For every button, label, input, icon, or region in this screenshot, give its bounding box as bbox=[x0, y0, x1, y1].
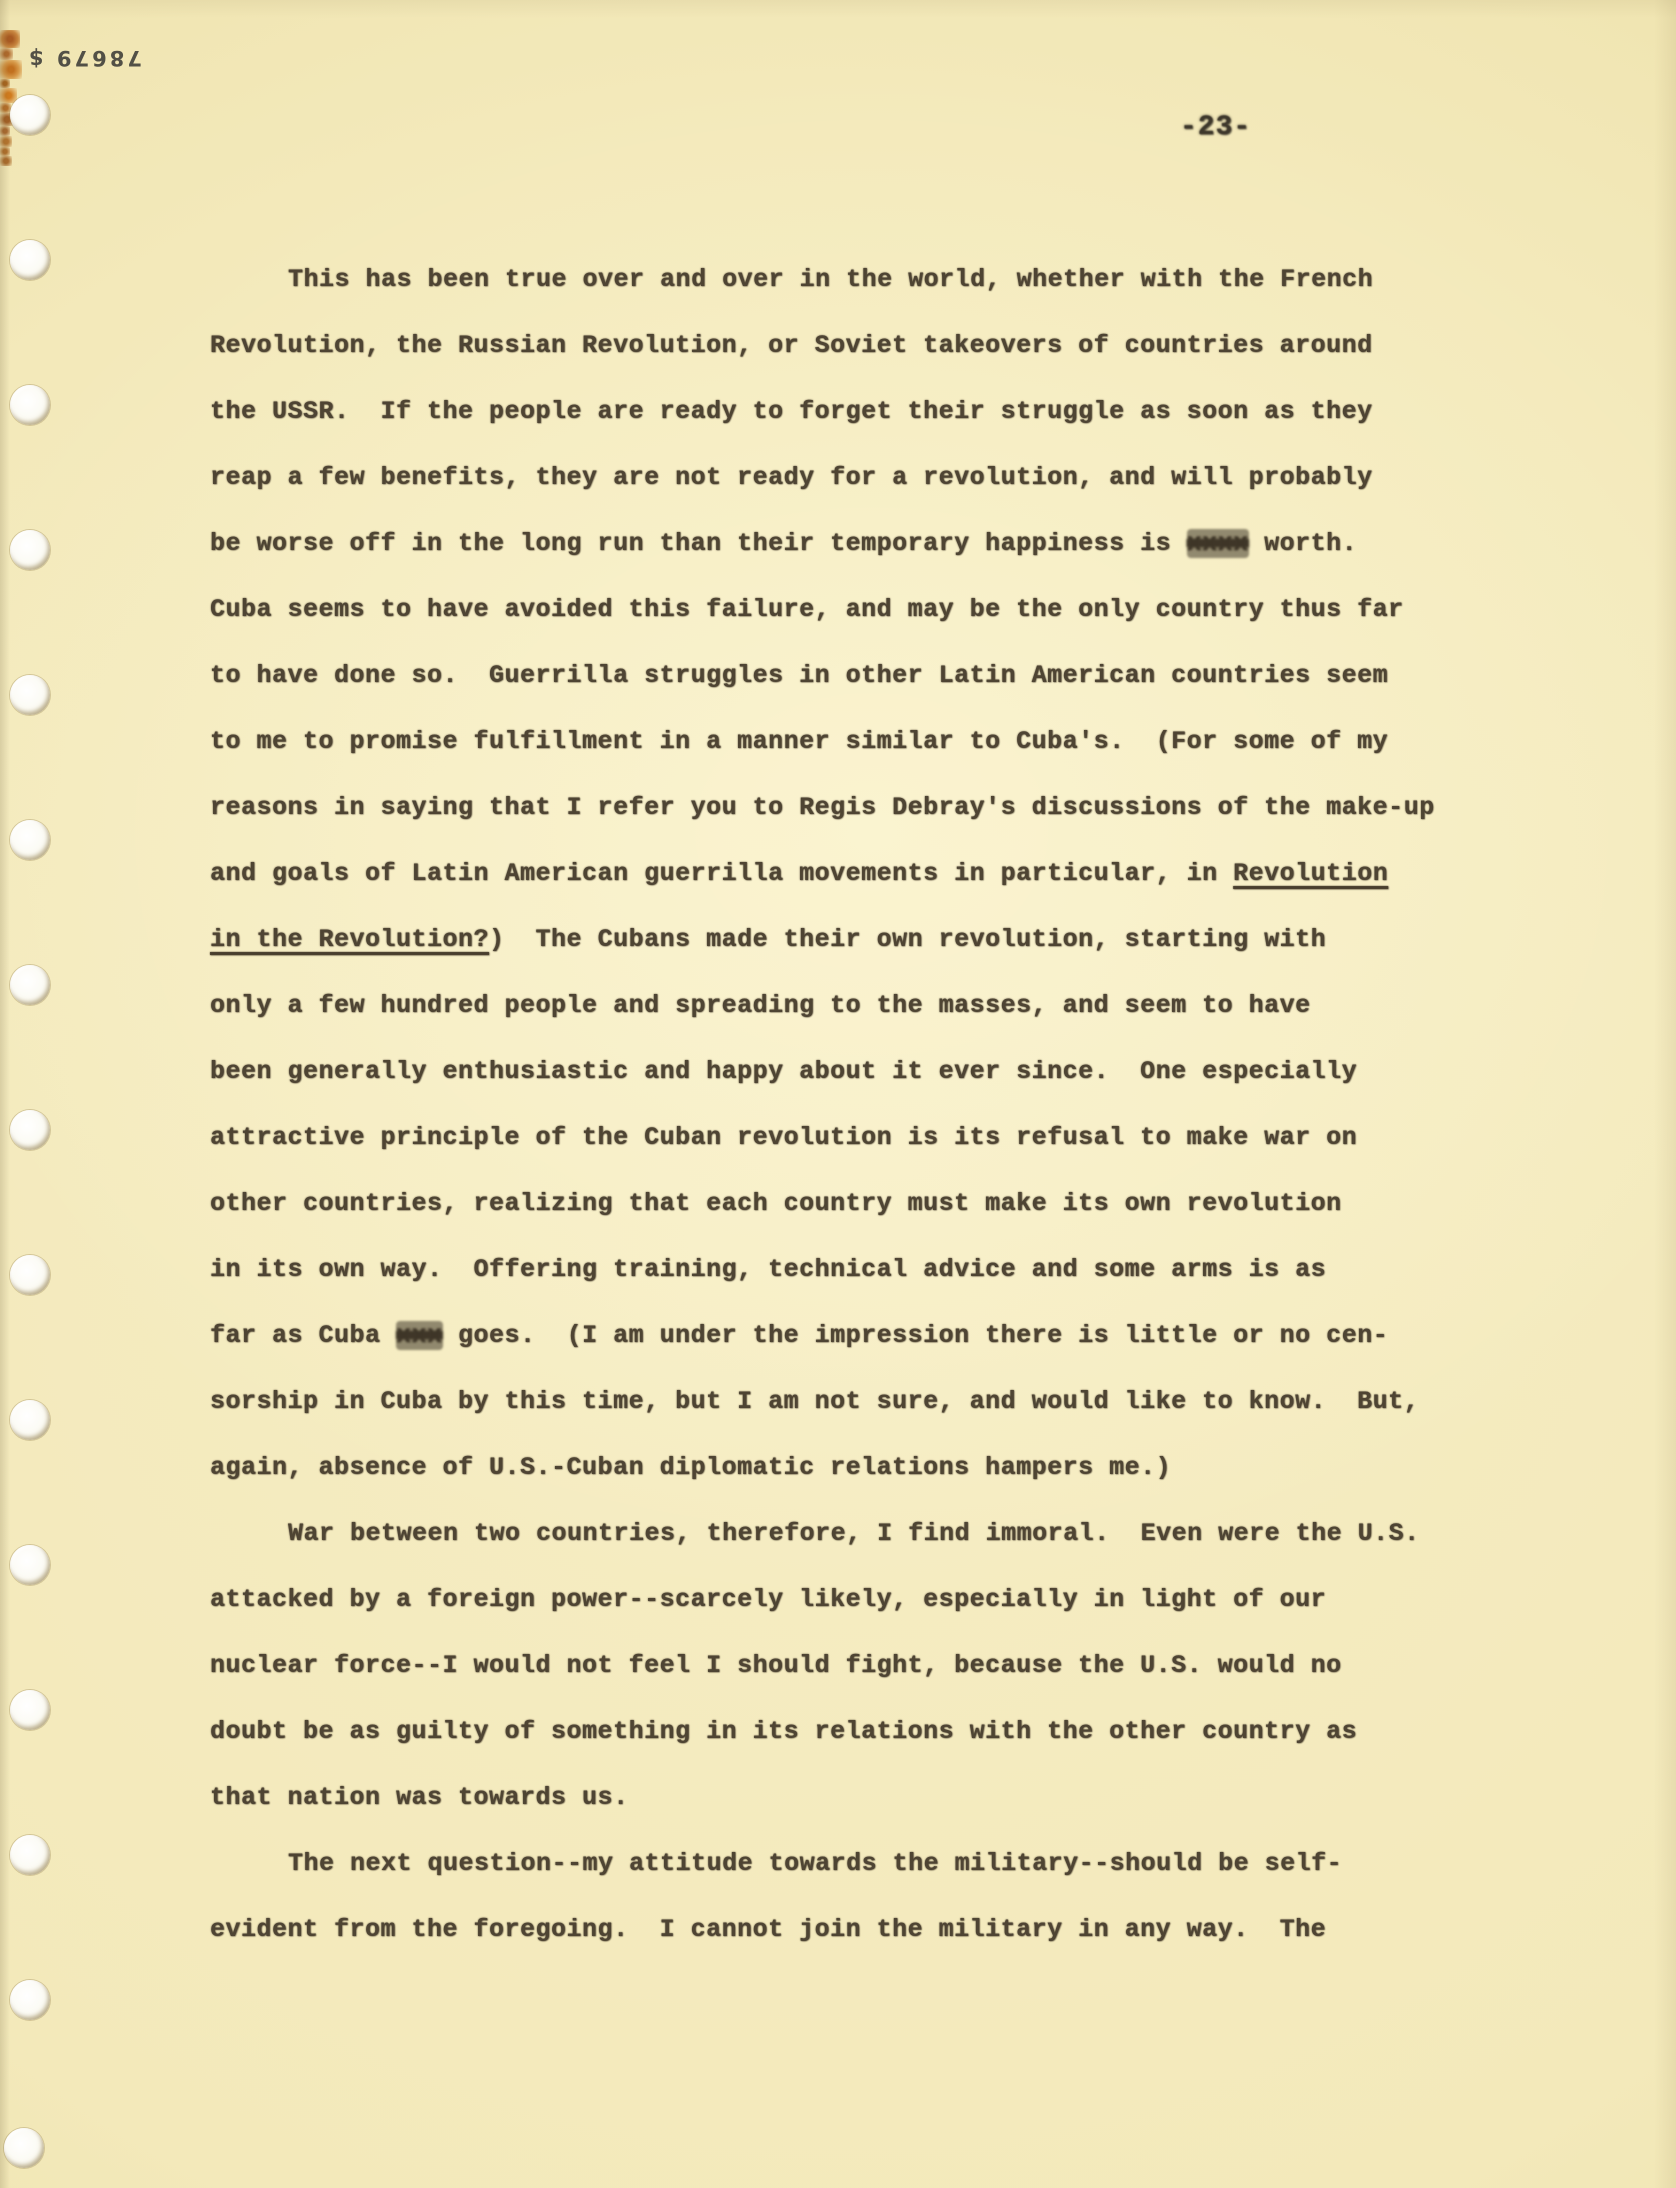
document-line: attractive principle of the Cuban revolu… bbox=[210, 1105, 1540, 1171]
stamp-number: 78679 bbox=[54, 46, 142, 70]
text-segment: the USSR. If the people are ready to for… bbox=[210, 397, 1373, 426]
document-line: be worse off in the long run than their … bbox=[210, 511, 1540, 577]
punch-hole-right bbox=[1634, 765, 1662, 797]
document-line: reasons in saying that I refer you to Re… bbox=[210, 775, 1540, 841]
punch-hole-right bbox=[1634, 1345, 1662, 1377]
punch-hole-right bbox=[1634, 1780, 1662, 1812]
text-segment: The next question--my attitude towards t… bbox=[288, 1849, 1342, 1878]
stain bbox=[0, 126, 10, 136]
text-segment: to me to promise fulfillment in a manner… bbox=[210, 727, 1388, 756]
stain bbox=[0, 136, 12, 147]
catalog-stamp: 78679 $ bbox=[26, 46, 142, 70]
document-line: evident from the foregoing. I cannot joi… bbox=[210, 1897, 1540, 1963]
document-line: only a few hundred people and spreading … bbox=[210, 973, 1540, 1039]
punch-hole-left bbox=[10, 1400, 50, 1440]
punch-hole-right bbox=[1634, 1635, 1662, 1667]
punch-hole-right bbox=[1634, 2070, 1662, 2102]
red-stamp-remnant bbox=[0, 15, 88, 30]
document-line: and goals of Latin American guerrilla mo… bbox=[210, 841, 1540, 907]
punch-hole-right bbox=[1634, 475, 1662, 507]
document-line: in its own way. Offering training, techn… bbox=[210, 1237, 1540, 1303]
text-segment: doubt be as guilty of something in its r… bbox=[210, 1717, 1357, 1746]
stain bbox=[0, 156, 12, 166]
punch-hole-left bbox=[10, 1690, 50, 1730]
document-line: attacked by a foreign power--scarcely li… bbox=[210, 1567, 1540, 1633]
text-segment: attractive principle of the Cuban revolu… bbox=[210, 1123, 1357, 1152]
punch-hole-left bbox=[10, 1835, 50, 1875]
punch-hole-left bbox=[4, 2128, 44, 2168]
page-number: -23- bbox=[1180, 112, 1251, 143]
document-line: other countries, realizing that each cou… bbox=[210, 1171, 1540, 1237]
punch-hole-left bbox=[10, 675, 50, 715]
paper-crease bbox=[0, 171, 43, 492]
document-line: War between two countries, therefore, I … bbox=[210, 1501, 1540, 1567]
document-line: that nation was towards us. bbox=[210, 1765, 1540, 1831]
underlined-book-title: in the Revolution? bbox=[210, 925, 489, 954]
document-line: This has been true over and over in the … bbox=[210, 247, 1540, 313]
text-segment: be worse off in the long run than their … bbox=[210, 529, 1187, 558]
punch-hole-left bbox=[10, 1545, 50, 1585]
punch-hole-left bbox=[10, 1110, 50, 1150]
punch-hole-right bbox=[1634, 40, 1662, 72]
document-line: sorship in Cuba by this time, but I am n… bbox=[210, 1369, 1540, 1435]
text-segment: attacked by a foreign power--scarcely li… bbox=[210, 1585, 1326, 1614]
text-segment: worth. bbox=[1249, 529, 1358, 558]
text-segment: nuclear force--I would not feel I should… bbox=[210, 1651, 1342, 1680]
punch-hole-right bbox=[1634, 1200, 1662, 1232]
text-segment: far as Cuba bbox=[210, 1321, 396, 1350]
document-line: doubt be as guilty of something in its r… bbox=[210, 1699, 1540, 1765]
document-line: in the Revolution?) The Cubans made thei… bbox=[210, 907, 1540, 973]
text-segment: sorship in Cuba by this time, but I am n… bbox=[210, 1387, 1419, 1416]
stamp-symbol: $ bbox=[26, 46, 44, 70]
punch-hole-left bbox=[10, 240, 50, 280]
stain bbox=[0, 30, 20, 48]
red-stamp-remnant bbox=[0, 0, 74, 15]
document-line: far as Cuba xxx goes. (I am under the im… bbox=[210, 1303, 1540, 1369]
punch-hole-right bbox=[1634, 910, 1662, 942]
punch-hole-right bbox=[1634, 1925, 1662, 1957]
punch-hole-left bbox=[10, 820, 50, 860]
document-line: the USSR. If the people are ready to for… bbox=[210, 379, 1540, 445]
punch-hole-right bbox=[1634, 330, 1662, 362]
document-line: Cuba seems to have avoided this failure,… bbox=[210, 577, 1540, 643]
punch-hole-left bbox=[10, 1980, 50, 2020]
punch-hole-left bbox=[10, 385, 50, 425]
document-line: reap a few benefits, they are not ready … bbox=[210, 445, 1540, 511]
text-segment: and goals of Latin American guerrilla mo… bbox=[210, 859, 1233, 888]
text-segment: goes. (I am under the impression there i… bbox=[443, 1321, 1389, 1350]
text-segment: Revolution, the Russian Revolution, or S… bbox=[210, 331, 1373, 360]
text-segment: other countries, realizing that each cou… bbox=[210, 1189, 1342, 1218]
text-segment: Cuba seems to have avoided this failure,… bbox=[210, 595, 1404, 624]
document-line: to have done so. Guerrilla struggles in … bbox=[210, 643, 1540, 709]
punch-hole-right bbox=[1634, 620, 1662, 652]
document-text: This has been true over and over in the … bbox=[210, 247, 1540, 1963]
stain bbox=[0, 60, 22, 79]
paper-crease bbox=[0, 756, 11, 935]
text-segment: reap a few benefits, they are not ready … bbox=[210, 463, 1373, 492]
scanned-page: 78679 $ -23- This has been true over and… bbox=[0, 0, 1676, 2188]
text-segment: that nation was towards us. bbox=[210, 1783, 629, 1812]
text-segment: in its own way. Offering training, techn… bbox=[210, 1255, 1326, 1284]
punch-hole-left bbox=[10, 95, 50, 135]
stain bbox=[0, 48, 13, 60]
text-segment: ) The Cubans made their own revolution, … bbox=[489, 925, 1326, 954]
punch-hole-left bbox=[10, 530, 50, 570]
struck-out-word: xxxx bbox=[1187, 529, 1249, 558]
underlined-book-title: Revolution bbox=[1233, 859, 1388, 888]
struck-out-word: xxx bbox=[396, 1321, 443, 1350]
document-line: The next question--my attitude towards t… bbox=[210, 1831, 1540, 1897]
stain bbox=[0, 147, 10, 156]
text-segment: been generally enthusiastic and happy ab… bbox=[210, 1057, 1357, 1086]
stain bbox=[0, 79, 10, 88]
punch-hole-right bbox=[1634, 185, 1662, 217]
punch-hole-right bbox=[1634, 1490, 1662, 1522]
text-segment: only a few hundred people and spreading … bbox=[210, 991, 1311, 1020]
document-line: been generally enthusiastic and happy ab… bbox=[210, 1039, 1540, 1105]
text-segment: reasons in saying that I refer you to Re… bbox=[210, 793, 1435, 822]
document-line: nuclear force--I would not feel I should… bbox=[210, 1633, 1540, 1699]
document-line: Revolution, the Russian Revolution, or S… bbox=[210, 313, 1540, 379]
punch-hole-right bbox=[1634, 1055, 1662, 1087]
punch-hole-left bbox=[10, 1255, 50, 1295]
document-line: again, absence of U.S.-Cuban diplomatic … bbox=[210, 1435, 1540, 1501]
text-segment: again, absence of U.S.-Cuban diplomatic … bbox=[210, 1453, 1171, 1482]
document-line: to me to promise fulfillment in a manner… bbox=[210, 709, 1540, 775]
text-segment: evident from the foregoing. I cannot joi… bbox=[210, 1915, 1326, 1944]
text-segment: to have done so. Guerrilla struggles in … bbox=[210, 661, 1388, 690]
text-segment: War between two countries, therefore, I … bbox=[288, 1519, 1420, 1548]
text-segment: This has been true over and over in the … bbox=[288, 265, 1373, 294]
punch-hole-left bbox=[10, 965, 50, 1005]
